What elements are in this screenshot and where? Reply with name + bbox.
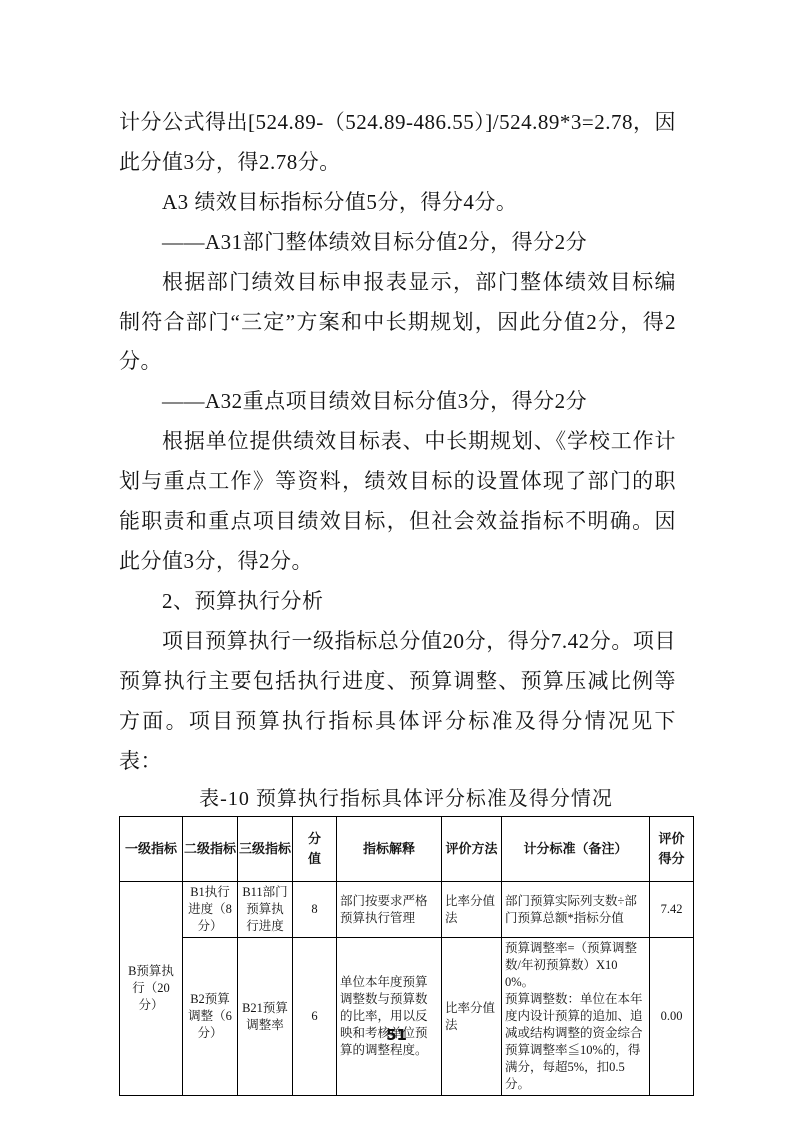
cell-b2-level3: B21预算调整率 <box>238 938 293 1096</box>
table-header-row: 一级指标 二级指标 三级指标 分值 指标解释 评价方法 计分标准（备注） 评价得… <box>120 817 694 882</box>
header-standard: 计分标准（备注） <box>502 817 650 882</box>
cell-b1-explanation: 部门按要求严格预算执行管理 <box>337 882 442 938</box>
cell-b2-explanation: 单位本年度预算调整数与预算数的比率，用以反映和考核单位预算的调整程度。 <box>337 938 442 1096</box>
cell-b1-result: 7.42 <box>650 882 694 938</box>
standard-line-rule: 预算调整率≦10%的，得满分，每超5%，扣0.5分。 <box>505 1042 646 1093</box>
budget-execution-score-table: 一级指标 二级指标 三级指标 分值 指标解释 评价方法 计分标准（备注） 评价得… <box>119 816 694 1096</box>
page-number: 51 <box>0 1026 793 1044</box>
table-caption: 表-10 预算执行指标具体评分标准及得分情况 <box>119 783 693 816</box>
cell-level1-indicator: B预算执行（20分） <box>120 882 183 1096</box>
header-level1-indicator: 一级指标 <box>120 817 183 882</box>
cell-b2-level2: B2预算调整（6分） <box>183 938 238 1096</box>
paragraph-a31-detail: 根据部门绩效目标申报表显示，部门整体绩效目标编制符合部门“三定”方案和中长期规划… <box>119 263 676 383</box>
header-score: 分值 <box>293 817 337 882</box>
cell-b2-method: 比率分值法 <box>442 938 502 1096</box>
paragraph-a31-heading: ——A31部门整体绩效目标分值2分，得分2分 <box>119 223 676 263</box>
cell-b2-result: 0.00 <box>650 938 694 1096</box>
cell-b1-score: 8 <box>293 882 337 938</box>
paragraph-a32-detail: 根据单位提供绩效目标表、中长期规划、《学校工作计划与重点工作》等资料，绩效目标的… <box>119 422 676 582</box>
cell-b1-level2: B1执行进度（8分） <box>183 882 238 938</box>
table-row-b2: B2预算调整（6分） B21预算调整率 6 单位本年度预算调整数与预算数的比率，… <box>120 938 694 1096</box>
header-score-label: 分值 <box>307 829 322 869</box>
text-column: 计分公式得出[524.89-（524.89-486.55）]/524.89*3=… <box>119 103 676 1096</box>
header-level3-indicator: 三级指标 <box>238 817 293 882</box>
paragraph-section2-detail: 项目预算执行一级指标总分值20分，得分7.42分。项目预算执行主要包括执行进度、… <box>119 622 676 782</box>
header-explanation: 指标解释 <box>337 817 442 882</box>
paragraph-a32-heading: ——A32重点项目绩效目标分值3分，得分2分 <box>119 382 676 422</box>
header-result: 评价得分 <box>650 817 694 882</box>
cell-b1-method: 比率分值法 <box>442 882 502 938</box>
cell-b1-level3: B11部门预算执行进度 <box>238 882 293 938</box>
paragraph-scoring-formula: 计分公式得出[524.89-（524.89-486.55）]/524.89*3=… <box>119 103 676 183</box>
cell-b1-standard: 部门预算实际列支数÷部门预算总额*指标分值 <box>502 882 650 938</box>
table-row-b1: B预算执行（20分） B1执行进度（8分） B11部门预算执行进度 8 部门按要… <box>120 882 694 938</box>
header-result-label: 评价得分 <box>657 829 687 869</box>
paragraph-a3-heading: A3 绩效目标指标分值5分，得分4分。 <box>119 183 676 223</box>
cell-b2-standard: 预算调整率=（预算调整数/年初预算数）X100%。 预算调整数：单位在本年度内设… <box>502 938 650 1096</box>
cell-b2-score: 6 <box>293 938 337 1096</box>
document-page: 计分公式得出[524.89-（524.89-486.55）]/524.89*3=… <box>0 0 793 1122</box>
header-method: 评价方法 <box>442 817 502 882</box>
standard-line-formula: 预算调整率=（预算调整数/年初预算数）X100%。 <box>505 940 646 991</box>
header-level2-indicator: 二级指标 <box>183 817 238 882</box>
paragraph-section2-heading: 2、预算执行分析 <box>119 582 676 622</box>
